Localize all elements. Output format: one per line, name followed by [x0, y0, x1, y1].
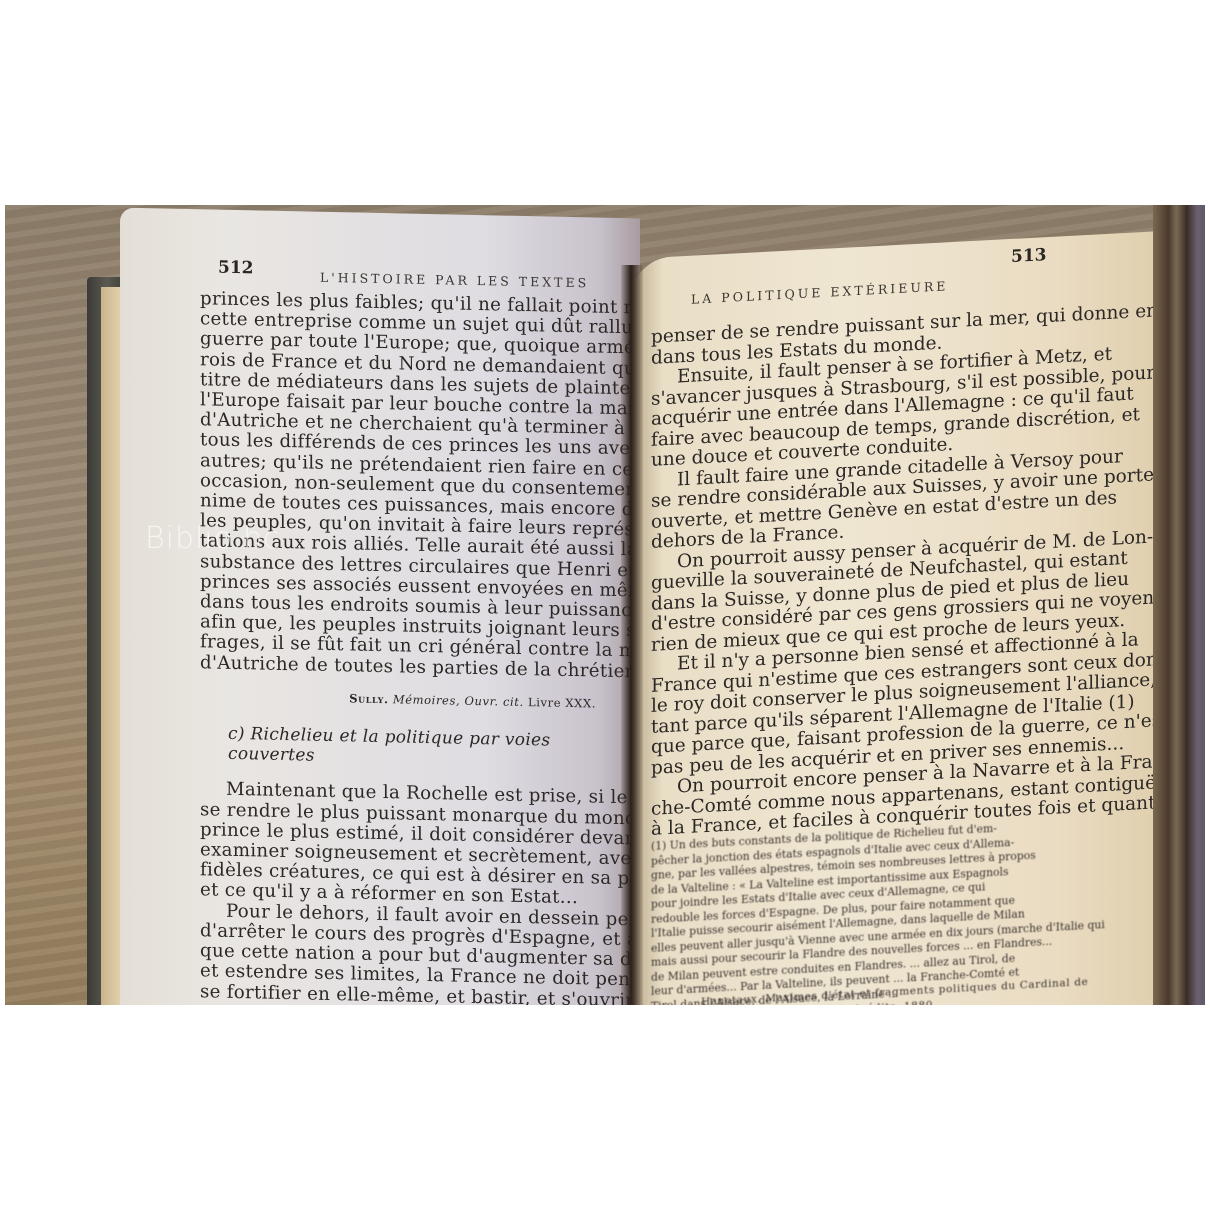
running-head: L'HISTOIRE PAR LES TEXTES [320, 270, 589, 291]
left-page: 512 L'HISTOIRE PAR LES TEXTES princes le… [120, 208, 640, 1005]
right-page-body: penser de se rendre puissant sur la mer,… [651, 302, 1146, 840]
citation-ref: Livre XXX. [528, 695, 596, 710]
citation-author: Sully. [349, 691, 388, 706]
book-gutter [621, 265, 643, 1005]
left-page-body: princes les plus faibles; qu'il ne falla… [200, 289, 620, 1005]
citation-work: Mémoires, Ouvr. cit. [393, 692, 524, 709]
page-edges-right [1153, 205, 1205, 1005]
book-photo: 512 L'HISTOIRE PAR LES TEXTES princes le… [5, 205, 1205, 1005]
section-heading: c) Richelieu et la politique par voies c… [228, 724, 620, 773]
watermark: Biblio.bc [145, 521, 281, 556]
page-number: 512 [218, 258, 254, 279]
page-number: 513 [1011, 245, 1047, 267]
citation: Sully. Mémoires, Ouvr. cit. Livre XXX. [200, 685, 596, 713]
right-page: 513 LA POLITIQUE EXTÉRIEURE penser de se… [631, 231, 1161, 1005]
running-head: LA POLITIQUE EXTÉRIEURE [691, 278, 948, 306]
